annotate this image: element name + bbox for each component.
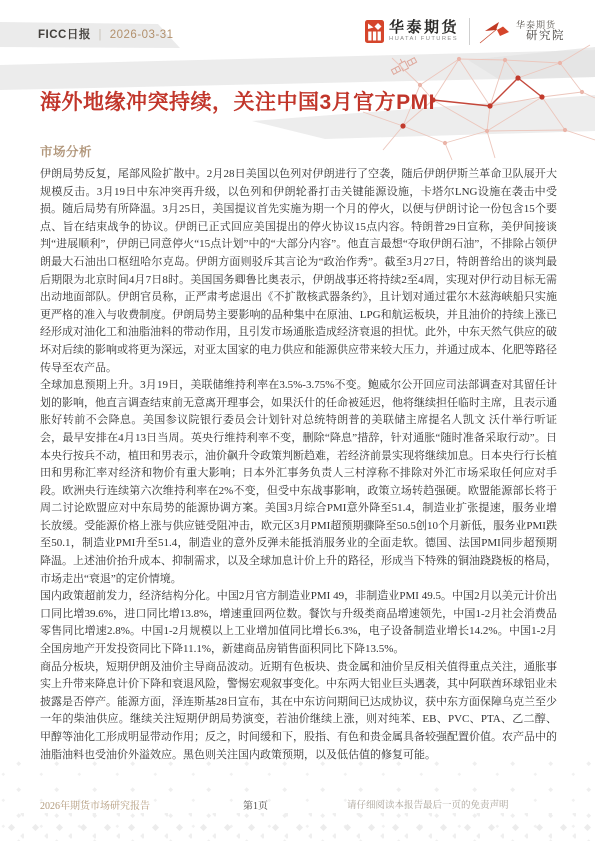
report-page: FICC日报 | 2026-03-31 华泰期货 HUATAI FUTURES — [0, 0, 595, 841]
brand-divider — [469, 18, 470, 45]
paragraph-domestic-policy: 国内政策超前发力，经济结构分化。中国2月官方制造业PMI 49，非制造业PMI … — [40, 588, 557, 658]
diamond-pattern-decoration — [0, 751, 595, 841]
brand-name: 华泰期货 HUATAI FUTURES — [389, 20, 459, 43]
report-type-label: FICC日报 — [38, 29, 91, 41]
report-meta: FICC日报 | 2026-03-31 — [38, 18, 174, 42]
page-title: 海外地缘冲突持续，关注中国3月官方PMI — [40, 86, 435, 116]
institute-logo-icon — [479, 18, 513, 45]
brand-name-cn: 华泰期货 — [389, 20, 459, 36]
footer-disclaimer-note: 请仔细阅读本报告最后一页的免责声明 — [347, 797, 509, 811]
brand-name-en: HUATAI FUTURES — [389, 36, 459, 43]
masthead: FICC日报 | 2026-03-31 华泰期货 HUATAI FUTURES — [38, 18, 565, 45]
paragraph-global-rates: 全球加息预期上升。3月19日，美联储维持利率在3.5%-3.75%不变。鲍威尔公… — [40, 377, 557, 588]
paragraph-iran-situation: 伊朗局势反复，尾部风险扩散中。2月28日美国以色列对伊朗进行了空袭，随后伊朗伊斯… — [40, 166, 557, 377]
institute-name-line2: 研究院 — [516, 30, 565, 43]
institute-name-line1: 华泰期货 — [516, 20, 565, 30]
footer-report-series: 2026年期货市场研究报告 — [40, 797, 150, 812]
institute-name: 华泰期货 研究院 — [516, 20, 565, 43]
brand-block: 华泰期货 HUATAI FUTURES 华泰期货 研究院 — [365, 18, 565, 45]
meta-separator: | — [99, 29, 103, 41]
research-institute-brand: 华泰期货 研究院 — [479, 18, 565, 45]
huatai-logo-icon — [365, 20, 384, 43]
report-body: 市场分析 伊朗局势反复，尾部风险扩散中。2月28日美国以色列对伊朗进行了空袭，随… — [40, 142, 557, 764]
report-date: 2026-03-31 — [110, 29, 174, 41]
footer-page-number: 第1页 — [243, 797, 268, 812]
huatai-futures-brand: 华泰期货 HUATAI FUTURES — [365, 20, 459, 43]
page-footer: 2026年期货市场研究报告 第1页 请仔细阅读本报告最后一页的免责声明 — [0, 797, 595, 813]
section-heading: 市场分析 — [40, 142, 557, 160]
paragraph-commodity-sectors: 商品分板块，短期伊朗及油价主导商品波动。近期有色板块、贵金属和油价呈反相关值得重… — [40, 659, 557, 765]
